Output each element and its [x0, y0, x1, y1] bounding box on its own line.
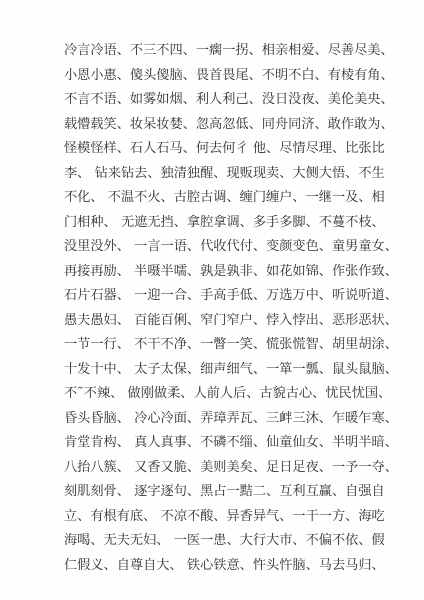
- text-line: 肯堂肯构、 真人真事、不磷不缁、仙童仙女、半明半暗、: [64, 433, 404, 458]
- text-line: 李、 钻来钻去、独清独醒、现贩现卖、大侧大悟、不生: [64, 164, 404, 189]
- text-line: 石片石器、 一迎一合、手高手低、万选万中、听说听道、: [64, 286, 404, 311]
- text-line: 一节一行、 不干不净、一瞥一笑、慌张慌智、胡里胡涂、: [64, 335, 404, 360]
- text-line: 门相种、 无遮无挡、拿腔拿调、多手多脚、不蔓不枝、: [64, 213, 404, 238]
- text-line: 冷言冷语、不三不四、一瘸一拐、相亲相爱、尽善尽美、: [64, 41, 404, 66]
- text-line: 刻肌刻骨、 逐字逐句、黑占一黠二、互利互赢、自强自: [64, 482, 404, 507]
- text-line: 立、有根有底、 不凉不酸、异香异气、一干一方、海吃: [64, 507, 404, 532]
- text-line: 不˜不辣、 做刚做柔、人前人后、古貌古心、忧民忧国、: [64, 384, 404, 409]
- text-line: 昏头昏脑、 冷心冷面、弄璋弄瓦、三衅三沐、乍暖乍寒、: [64, 409, 404, 434]
- text-line: 再接再励、 半嗫半嚅、孰是孰非、如花如锦、作张作致、: [64, 262, 404, 287]
- text-line: 不言不语、如雾如烟、利人利己、没日没夜、美伦美央、: [64, 90, 404, 115]
- text-line: 不化、 不温不火、古腔古调、缠门缠户、一继一及、相: [64, 188, 404, 213]
- text-line: 仁假义、自尊自大、 铁心铁意、忤头忤脑、马去马归、: [64, 556, 404, 581]
- text-line: 小恩小惠、傻头傻脑、畏首畏尾、不明不白、有棱有角、: [64, 66, 404, 91]
- idiom-text-block: 冷言冷语、不三不四、一瘸一拐、相亲相爱、尽善尽美、 小恩小惠、傻头傻脑、畏首畏尾…: [64, 41, 404, 580]
- text-line: 怪模怪样、石人石马、何去何彳 他、尽情尽理、比张比: [64, 139, 404, 164]
- text-line: 载懵载笑、妆呆妆婪、忽高忽低、同舟同济、敢作敢为、: [64, 115, 404, 140]
- text-line: 海喝、无夫无妇、 一医一患、大行大市、不偏不依、假: [64, 531, 404, 556]
- text-line: 八抬八簇、 又香又脆、美则美矣、足日足夜、一予一夺、: [64, 458, 404, 483]
- text-line: 愚夫愚妇、 百能百俐、窄门窄户、悖入悖出、恶形恶状、: [64, 311, 404, 336]
- text-line: 十发十中、 太子太保、细声细气、一箪一瓢、鼠头鼠脑、: [64, 360, 404, 385]
- text-line: 没里没外、 一言一语、代收代付、变颜变色、童男童女、: [64, 237, 404, 262]
- document-page: 冷言冷语、不三不四、一瘸一拐、相亲相爱、尽善尽美、 小恩小惠、傻头傻脑、畏首畏尾…: [0, 0, 424, 600]
